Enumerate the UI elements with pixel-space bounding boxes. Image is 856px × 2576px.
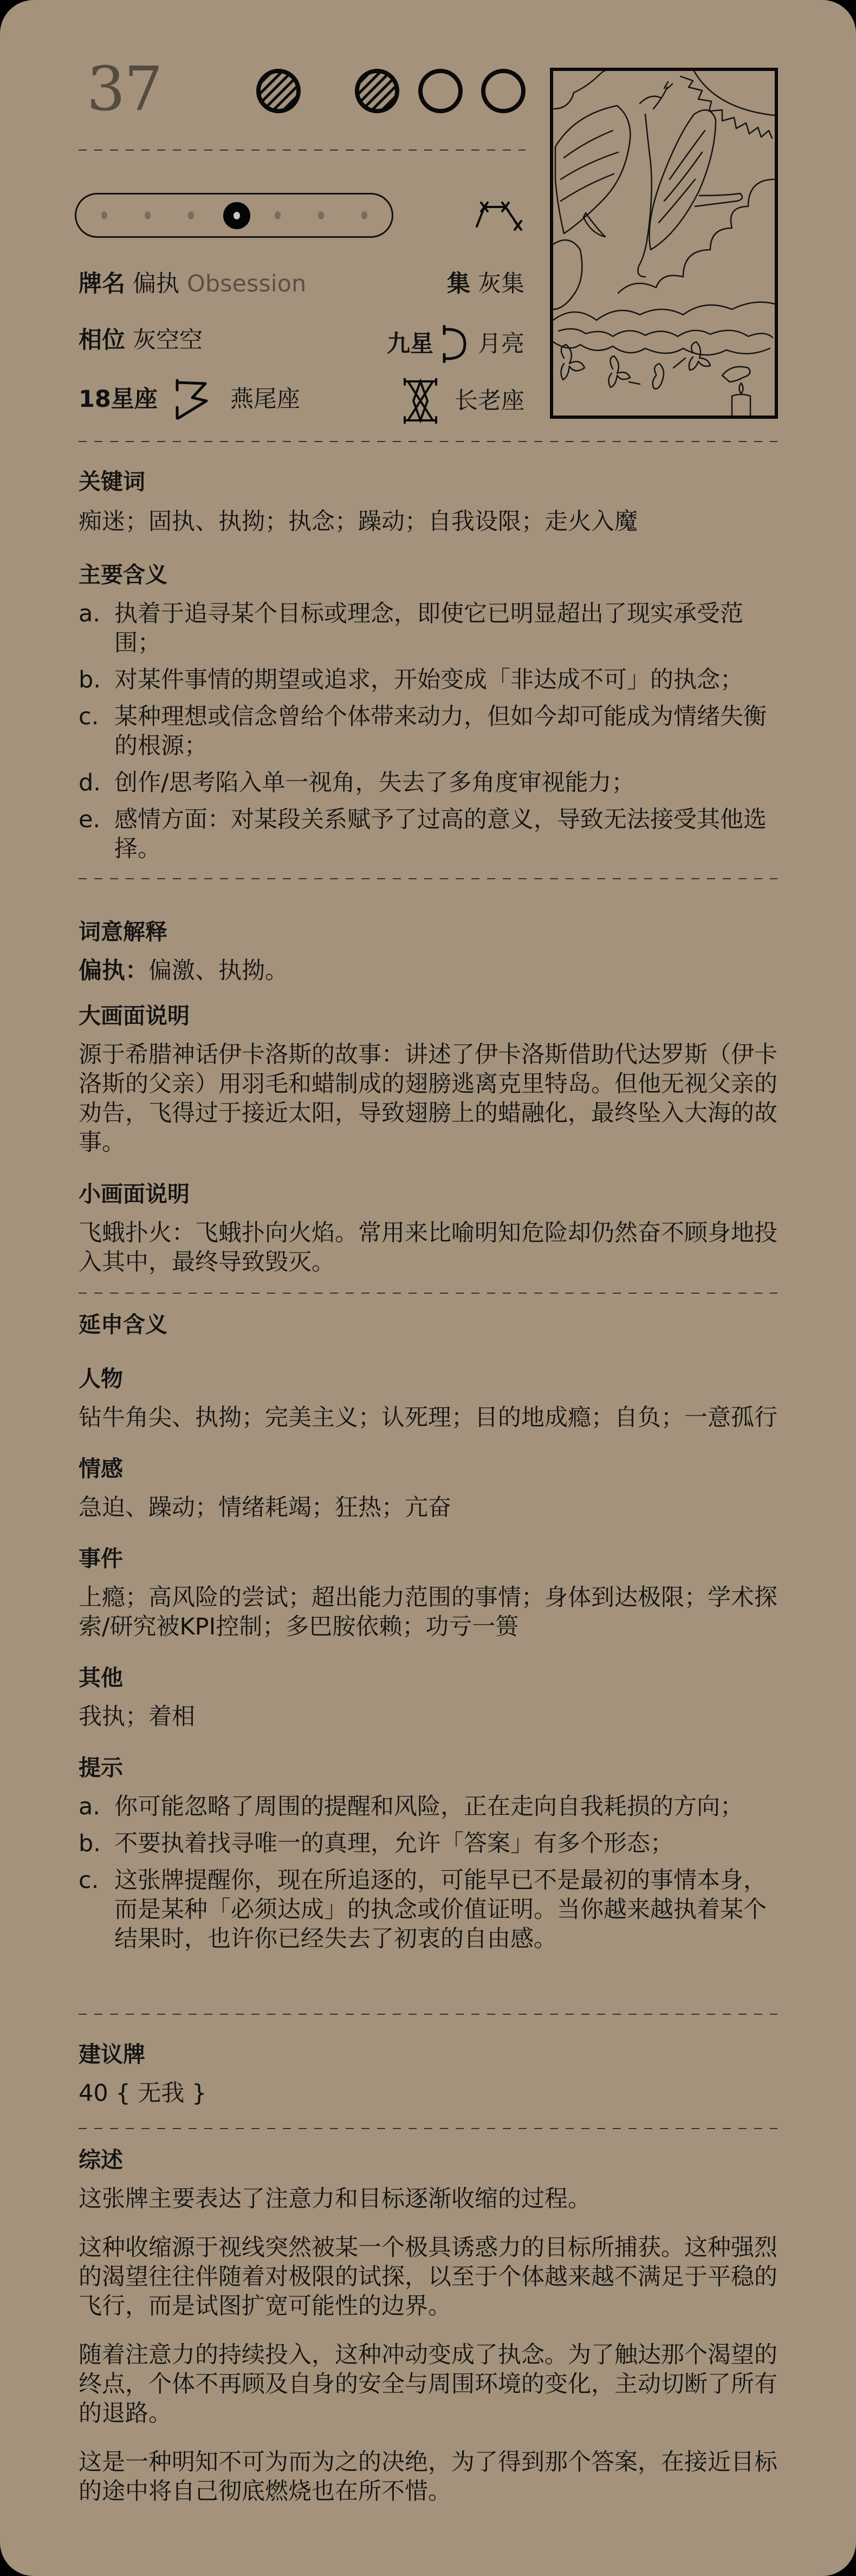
attr-constellation-2: 长老座 xyxy=(403,378,524,424)
constellation-label: 18星座 xyxy=(79,384,158,414)
section-small-picture: 小画面说明 飞蛾扑火：飞蛾扑向火焰。常用来比喻明知危险却仍然奋不顾身地投入其中，… xyxy=(79,1179,777,1277)
summary-paragraph: 随着注意力的持续投入，这种冲动变成了执念。为了触达那个渴望的终点，个体不再顾及自… xyxy=(79,2340,777,2428)
main-meaning-title: 主要含义 xyxy=(79,560,777,589)
divider xyxy=(79,2128,777,2129)
nine-star-label: 九星 xyxy=(387,329,433,359)
icarus-illustration xyxy=(553,71,775,416)
section-big-picture: 大画面说明 源于希腊神话伊卡洛斯的故事：讲述了伊卡洛斯借助代达罗斯（伊卡洛斯的父… xyxy=(79,1001,777,1157)
section-extended: 延申含义 人物 钻牛角尖、执拗；完美主义；认死理；目的地成瘾；自负；一意孤行 情… xyxy=(79,1310,777,1954)
empty-circle-icon xyxy=(418,69,463,113)
events-body: 上瘾；高风险的尝试；超出能力范围的事情；身体到达极限；学术探索/研究被KPI控制… xyxy=(79,1583,777,1641)
list-marker: a. xyxy=(79,1792,114,1821)
card-number: 37 xyxy=(87,54,162,125)
list-marker: d. xyxy=(79,768,114,797)
emotion-body: 急迫、躁动；情绪耗竭；狂热；亢奋 xyxy=(79,1493,777,1522)
card-name-cn: 偏执 xyxy=(133,270,179,297)
events-title: 事件 xyxy=(79,1544,777,1573)
list-text: 你可能忽略了周围的提醒和风险，正在走向自我耗损的方向； xyxy=(114,1792,777,1821)
attr-set: 集灰集 xyxy=(447,269,524,299)
small-picture-title: 小画面说明 xyxy=(79,1179,777,1209)
divider xyxy=(79,1293,777,1294)
hourglass-glyph-icon xyxy=(403,378,438,424)
set-label: 集 xyxy=(447,270,470,297)
other-title: 其他 xyxy=(79,1663,777,1692)
divider xyxy=(79,878,777,879)
list-item: a. 执着于追寻某个目标或理念，即使它已明显超出了现实承受范围； xyxy=(79,599,777,658)
section-suggested-card: 建议牌 40 { 无我 } xyxy=(79,2040,777,2108)
list-marker: b. xyxy=(79,665,114,695)
word-meaning-body: 偏执：偏激、执拗。 xyxy=(79,956,777,985)
hints-list: a. 你可能忽略了周围的提醒和风险，正在走向自我耗损的方向； b. 不要执着找寻… xyxy=(79,1792,777,1954)
word-term: 偏执： xyxy=(79,957,148,984)
slider-thumb[interactable] xyxy=(223,202,250,229)
list-marker: e. xyxy=(79,805,114,864)
extended-title: 延申含义 xyxy=(79,1310,777,1339)
hints-title: 提示 xyxy=(79,1753,777,1782)
people-title: 人物 xyxy=(79,1364,777,1393)
big-picture-body: 源于希腊神话伊卡洛斯的故事：讲述了伊卡洛斯借助代达罗斯（伊卡洛斯的父亲）用羽毛和… xyxy=(79,1040,777,1157)
card-name-label: 牌名 xyxy=(79,270,125,297)
card-illustration xyxy=(550,68,778,419)
slider-dot[interactable] xyxy=(145,211,151,219)
divider xyxy=(79,150,526,151)
people-body: 钻牛角尖、执拗；完美主义；认死理；目的地成瘾；自负；一意孤行 xyxy=(79,1403,777,1432)
attr-aspect: 相位灰空空 xyxy=(79,325,203,355)
section-summary: 综述 这张牌主要表达了注意力和目标逐渐收缩的过程。 这种收缩源于视线突然被某一个… xyxy=(79,2145,777,2506)
slider-dot[interactable] xyxy=(275,211,281,219)
summary-paragraph: 这是一种明知不可为而为之的决绝，为了得到那个答案，在接近目标的途中将自己彻底燃烧… xyxy=(79,2448,777,2506)
list-item: c. 这张牌提醒你，现在所追逐的，可能早已不是最初的事情本身，而是某种「必须达成… xyxy=(79,1866,777,1954)
keywords-body: 痴迷；固执、执拗；执念；躁动；自我设限；走火入魔 xyxy=(79,507,777,536)
word-meaning-title: 词意解释 xyxy=(79,917,777,946)
list-text: 这张牌提醒你，现在所追逐的，可能早已不是最初的事情本身，而是某种「必须达成」的执… xyxy=(114,1866,777,1954)
hatched-circle-icon xyxy=(355,69,399,113)
slider-dot[interactable] xyxy=(101,211,107,219)
constellation-icon xyxy=(476,199,526,232)
section-word-meaning: 词意解释 偏执：偏激、执拗。 xyxy=(79,917,777,985)
list-text: 创作/思考陷入单一视角，失去了多角度审视能力； xyxy=(114,768,777,797)
constellation-1-value: 燕尾座 xyxy=(230,384,300,414)
moon-symbol-icon xyxy=(440,325,470,363)
card-name-en: Obsession xyxy=(187,270,306,297)
list-marker: c. xyxy=(79,702,114,761)
aspect-value: 灰空空 xyxy=(133,327,203,354)
nine-star-value: 月亮 xyxy=(478,329,524,359)
summary-title: 综述 xyxy=(79,2145,777,2175)
divider xyxy=(79,441,777,442)
attr-constellation: 18星座 燕尾座 xyxy=(79,378,300,420)
list-text: 执着于追寻某个目标或理念，即使它已明显超出了现实承受范围； xyxy=(114,599,777,658)
section-keywords: 关键词 痴迷；固执、执拗；执念；躁动；自我设限；走火入魔 xyxy=(79,467,777,536)
keywords-title: 关键词 xyxy=(79,467,777,496)
list-marker: a. xyxy=(79,599,114,658)
small-picture-body: 飞蛾扑火：飞蛾扑向火焰。常用来比喻明知危险却仍然奋不顾身地投入其中，最终导致毁灭… xyxy=(79,1218,777,1277)
divider xyxy=(79,2014,777,2015)
list-item: e. 感情方面：对某段关系赋予了过高的意义，导致无法接受其他选择。 xyxy=(79,805,777,864)
list-item: b. 对某件事情的期望或追求，开始变成「非达成不可」的执念； xyxy=(79,665,777,695)
set-value: 灰集 xyxy=(478,270,524,297)
summary-paragraph: 这张牌主要表达了注意力和目标逐渐收缩的过程。 xyxy=(79,2184,777,2214)
main-meaning-list: a. 执着于追寻某个目标或理念，即使它已明显超出了现实承受范围； b. 对某件事… xyxy=(79,599,777,864)
suggested-card-link[interactable]: 40 { 无我 } xyxy=(79,2079,777,2108)
list-item: a. 你可能忽略了周围的提醒和风险，正在走向自我耗损的方向； xyxy=(79,1792,777,1821)
word-definition: 偏激、执拗。 xyxy=(148,957,288,984)
list-item: c. 某种理想或信念曾给个体带来动力，但如今却可能成为情绪失衡的根源； xyxy=(79,702,777,761)
section-main-meaning: 主要含义 a. 执着于追寻某个目标或理念，即使它已明显超出了现实承受范围； b.… xyxy=(79,560,777,864)
slider-dot[interactable] xyxy=(188,211,194,219)
tarot-card-sheet: 37 牌名偏执Obsession 集灰集 相位灰空空 九星 xyxy=(0,0,856,2576)
slider-dot[interactable] xyxy=(318,211,324,219)
attr-nine-star: 九星 月亮 xyxy=(387,325,524,363)
empty-circle-icon xyxy=(481,69,526,113)
constellation-2-value: 长老座 xyxy=(455,386,524,416)
list-text: 不要执着找寻唯一的真理，允许「答案」有多个形态； xyxy=(114,1829,777,1858)
list-marker: b. xyxy=(79,1829,114,1858)
slider-dot[interactable] xyxy=(361,211,367,219)
attr-card-name: 牌名偏执Obsession xyxy=(79,269,306,299)
list-marker: c. xyxy=(79,1866,114,1954)
swallowtail-glyph-icon xyxy=(174,378,209,420)
list-item: b. 不要执着找寻唯一的真理，允许「答案」有多个形态； xyxy=(79,1829,777,1858)
emotion-title: 情感 xyxy=(79,1454,777,1483)
list-item: d. 创作/思考陷入单一视角，失去了多角度审视能力； xyxy=(79,768,777,797)
list-text: 感情方面：对某段关系赋予了过高的意义，导致无法接受其他选择。 xyxy=(114,805,777,864)
suggested-card-title: 建议牌 xyxy=(79,2040,777,2069)
list-text: 某种理想或信念曾给个体带来动力，但如今却可能成为情绪失衡的根源； xyxy=(114,702,777,761)
hatched-circle-icon xyxy=(256,69,301,113)
other-body: 我执；着相 xyxy=(79,1702,777,1731)
aspect-label: 相位 xyxy=(79,327,125,354)
big-picture-title: 大画面说明 xyxy=(79,1001,777,1030)
list-text: 对某件事情的期望或追求，开始变成「非达成不可」的执念； xyxy=(114,665,777,695)
summary-paragraph: 这种收缩源于视线突然被某一个极具诱惑力的目标所捕获。这种强烈的渴望往往伴随着对极… xyxy=(79,2233,777,2321)
